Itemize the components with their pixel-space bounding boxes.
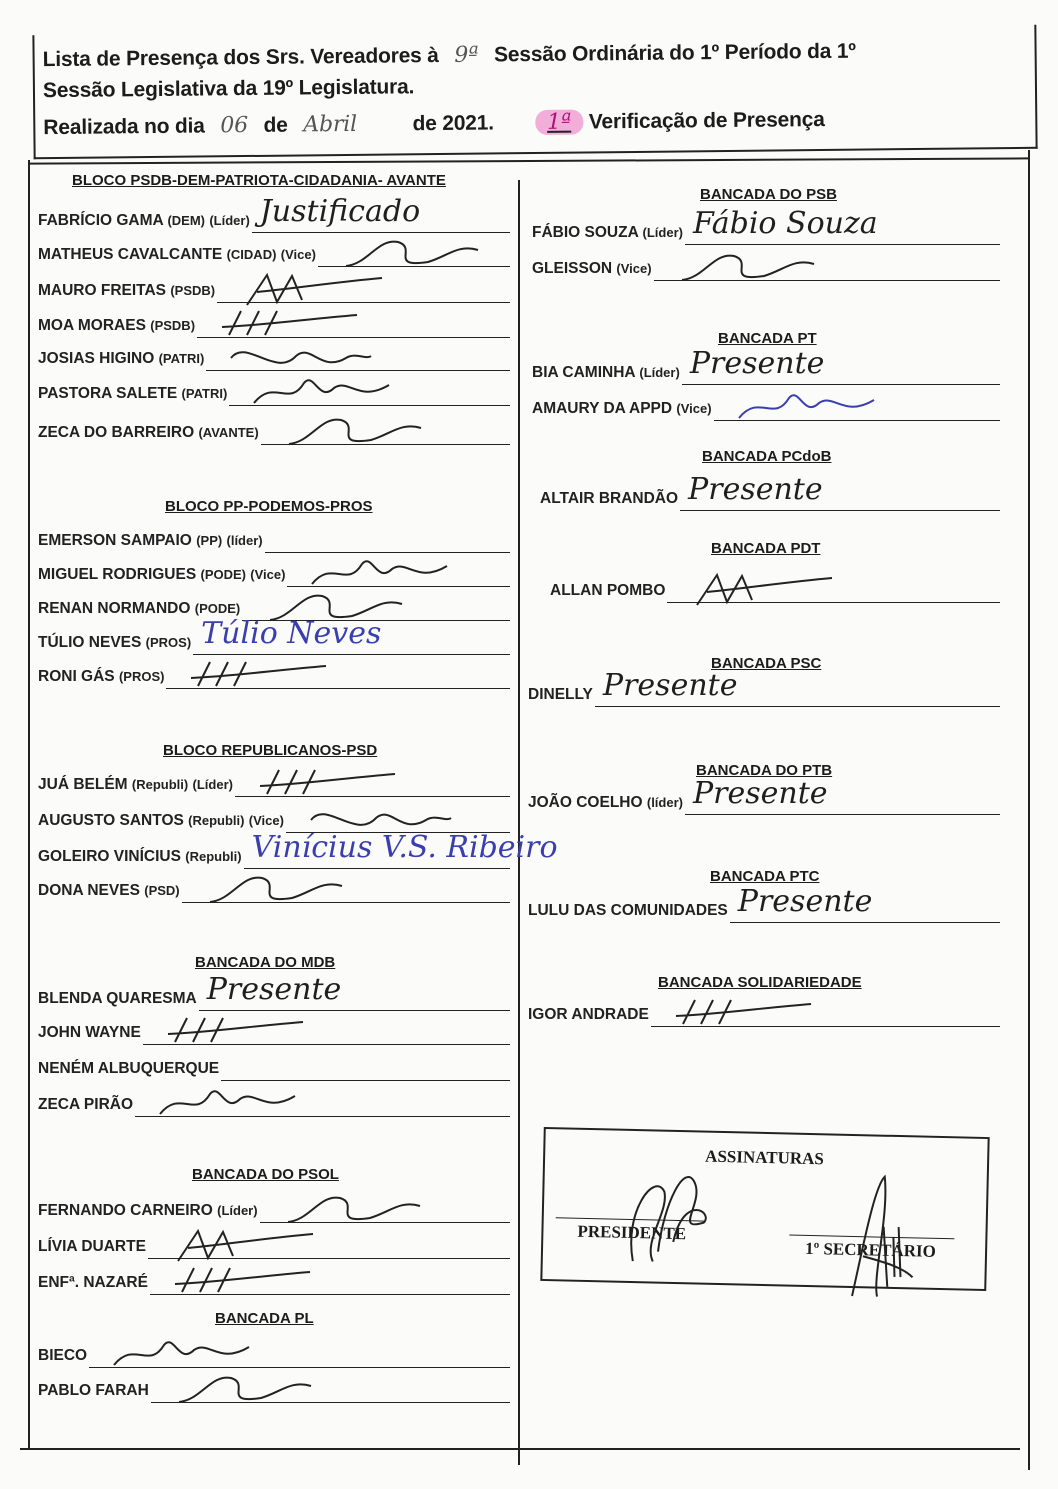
member-name: DINELLY bbox=[528, 686, 593, 703]
signatures-box: ASSINATURAS PRESIDENTE 1º SECRETÁRIO bbox=[540, 1127, 989, 1291]
group-title: BANCADA PDT bbox=[711, 540, 820, 557]
verification-number: 1ª bbox=[535, 109, 583, 135]
member-name: AMAURY DA APPD bbox=[532, 400, 672, 417]
signature-scribble-icon bbox=[671, 994, 821, 1034]
handwritten-signature: Presente bbox=[207, 972, 342, 1007]
member-party: (DEM) bbox=[167, 213, 205, 228]
member-row: MOA MORAES (PSDB) bbox=[38, 317, 195, 335]
signature-line[interactable] bbox=[682, 384, 1000, 385]
signature-line[interactable] bbox=[685, 244, 1000, 245]
member-party: (PROS) bbox=[146, 635, 192, 650]
member-row: ALTAIR BRANDÃO bbox=[540, 490, 678, 508]
member-name: JUÁ BELÉM bbox=[38, 776, 128, 793]
member-row: JUÁ BELÉM (Republi) (Líder) bbox=[38, 776, 233, 794]
handwritten-signature: Vinícius V.S. Ribeiro bbox=[252, 830, 558, 865]
member-role: (Líder) bbox=[209, 213, 249, 228]
handwritten-signature: Presente bbox=[688, 472, 823, 507]
attendance-sheet: Lista de Presença dos Srs. Vereadores à … bbox=[0, 0, 1058, 1489]
signature-scribble-icon bbox=[163, 1012, 313, 1052]
signature-line[interactable] bbox=[595, 706, 1000, 707]
signature-scribble-icon bbox=[338, 234, 488, 274]
member-name: ZECA DO BARREIRO bbox=[38, 424, 194, 441]
president-signature-icon bbox=[612, 1151, 725, 1283]
group-title: BANCADA PTC bbox=[710, 868, 819, 885]
member-name: RENAN NORMANDO bbox=[38, 600, 190, 617]
member-row: ENFª. NAZARÉ bbox=[38, 1274, 148, 1292]
handwritten-signature: Presente bbox=[738, 884, 873, 919]
signature-scribble-icon bbox=[674, 248, 824, 288]
member-name: MOA MORAES bbox=[38, 317, 146, 334]
signature-scribble-icon bbox=[687, 570, 837, 610]
signature-line[interactable] bbox=[265, 552, 510, 553]
member-role: (Líder) bbox=[643, 225, 683, 240]
member-name: JOHN WAYNE bbox=[38, 1024, 141, 1041]
member-name: BIA CAMINHA bbox=[532, 364, 635, 381]
signature-scribble-icon bbox=[202, 870, 352, 910]
member-name: DONA NEVES bbox=[38, 882, 140, 899]
member-name: RONI GÁS bbox=[38, 668, 115, 685]
handwritten-signature: Fábio Souza bbox=[693, 206, 878, 241]
column-divider bbox=[518, 180, 520, 1465]
group-title: BANCADA DO PSB bbox=[700, 186, 837, 203]
member-row: EMERSON SAMPAIO (PP) (líder) bbox=[38, 532, 263, 550]
member-row: FABRÍCIO GAMA (DEM) (Líder) bbox=[38, 212, 250, 230]
date-de: de bbox=[263, 114, 287, 137]
member-row: ALLAN POMBO bbox=[550, 582, 665, 600]
member-row: BIECO bbox=[38, 1347, 87, 1365]
handwritten-signature: Presente bbox=[603, 668, 738, 703]
signature-scribble-icon bbox=[281, 412, 431, 452]
member-party: (PROS) bbox=[119, 669, 165, 684]
member-party: (PSDB) bbox=[170, 283, 215, 298]
signature-line[interactable] bbox=[730, 922, 1000, 923]
member-party: (PATRI) bbox=[159, 351, 205, 366]
member-role: (Líder) bbox=[193, 777, 233, 792]
frame-border-top bbox=[28, 157, 1028, 164]
signature-line[interactable] bbox=[244, 868, 510, 869]
member-name: FERNANDO CARNEIRO bbox=[38, 1202, 213, 1219]
handwritten-signature: Justificado bbox=[260, 194, 420, 229]
member-row: MATHEUS CAVALCANTE (CIDAD) (Vice) bbox=[38, 246, 316, 264]
member-role: (Líder) bbox=[639, 365, 679, 380]
member-row: DONA NEVES (PSD) bbox=[38, 882, 180, 900]
signature-scribble-icon bbox=[255, 764, 405, 804]
member-name: MAURO FREITAS bbox=[38, 282, 166, 299]
member-row: RONI GÁS (PROS) bbox=[38, 668, 164, 686]
member-role: (líder) bbox=[647, 795, 683, 810]
member-row: ZECA DO BARREIRO (AVANTE) bbox=[38, 424, 259, 442]
signature-scribble-icon bbox=[280, 1190, 430, 1230]
member-name: BLENDA QUARESMA bbox=[38, 990, 197, 1007]
member-row: IGOR ANDRADE bbox=[528, 1006, 649, 1024]
member-name: GLEISSON bbox=[532, 260, 612, 277]
signature-scribble-icon bbox=[186, 656, 336, 696]
member-name: AUGUSTO SANTOS bbox=[38, 812, 184, 829]
member-party: (PODE) bbox=[200, 567, 246, 582]
member-row: ZECA PIRÃO bbox=[38, 1096, 133, 1114]
signature-line[interactable] bbox=[685, 814, 1000, 815]
member-party: (CIDAD) bbox=[227, 247, 277, 262]
member-row: GOLEIRO VINÍCIUS (Republi) bbox=[38, 848, 242, 866]
member-row: JOHN WAYNE bbox=[38, 1024, 141, 1042]
group-title: BANCADA SOLIDARIEDADE bbox=[658, 974, 862, 991]
signature-scribble-icon bbox=[226, 338, 376, 378]
signature-line[interactable] bbox=[199, 1010, 510, 1011]
handwritten-signature: Túlio Neves bbox=[201, 616, 381, 651]
member-name: LULU DAS COMUNIDADES bbox=[528, 902, 728, 919]
group-title: BANCADA DO MDB bbox=[195, 954, 335, 971]
session-number: 9ª bbox=[444, 42, 488, 67]
member-party: (Republi) bbox=[188, 813, 244, 828]
member-row: AUGUSTO SANTOS (Republi) (Vice) bbox=[38, 812, 284, 830]
signature-scribble-icon bbox=[155, 1084, 305, 1124]
signature-line[interactable] bbox=[252, 232, 510, 233]
verification-label: Verificação de Presença bbox=[589, 108, 825, 133]
member-name: BIECO bbox=[38, 1347, 87, 1364]
member-row: LÍVIA DUARTE bbox=[38, 1238, 146, 1256]
member-role: (Vice) bbox=[676, 401, 711, 416]
member-role: (Vice) bbox=[281, 247, 316, 262]
frame-border-left bbox=[28, 160, 30, 1448]
group-title: BANCADA DO PSOL bbox=[192, 1166, 339, 1183]
member-row: NENÉM ALBUQUERQUE bbox=[38, 1060, 219, 1078]
member-row: BLENDA QUARESMA bbox=[38, 990, 197, 1008]
member-row: MAURO FREITAS (PSDB) bbox=[38, 282, 215, 300]
member-row: FERNANDO CARNEIRO (Líder) bbox=[38, 1202, 258, 1220]
member-name: JOSIAS HIGINO bbox=[38, 350, 154, 367]
header-title-suffix: Sessão Ordinária do 1º Período da 1º bbox=[494, 40, 856, 67]
member-row: GLEISSON (Vice) bbox=[532, 260, 652, 278]
member-role: (Vice) bbox=[250, 567, 285, 582]
date-day: 06 bbox=[210, 113, 258, 138]
member-row: FÁBIO SOUZA (Líder) bbox=[532, 224, 683, 242]
member-row: PASTORA SALETE (PATRI) bbox=[38, 385, 227, 403]
member-row: LULU DAS COMUNIDADES bbox=[528, 902, 728, 920]
date-month: Abril bbox=[293, 111, 407, 137]
member-name: ALTAIR BRANDÃO bbox=[540, 490, 678, 507]
member-row: PABLO FARAH bbox=[38, 1382, 149, 1400]
member-name: ZECA PIRÃO bbox=[38, 1096, 133, 1113]
header-line-2: Sessão Legislativa da 19º Legislatura. bbox=[43, 75, 414, 103]
member-party: (Republi) bbox=[132, 777, 188, 792]
member-party: (PSD) bbox=[144, 883, 179, 898]
member-row: AMAURY DA APPD (Vice) bbox=[532, 400, 712, 418]
member-row: BIA CAMINHA (Líder) bbox=[532, 364, 680, 382]
member-party: (Republi) bbox=[185, 849, 241, 864]
group-title: BANCADA PCdoB bbox=[702, 448, 831, 465]
member-name: ENFª. NAZARÉ bbox=[38, 1274, 148, 1291]
signature-line[interactable] bbox=[680, 510, 1000, 511]
group-title: BLOCO PSDB-DEM-PATRIOTA-CIDADANIA- AVANT… bbox=[72, 172, 446, 189]
handwritten-signature: Presente bbox=[690, 346, 825, 381]
member-name: ALLAN POMBO bbox=[550, 582, 665, 599]
header-title-prefix: Lista de Presença dos Srs. Vereadores à bbox=[43, 44, 439, 71]
member-row: MIGUEL RODRIGUES (PODE) (Vice) bbox=[38, 566, 285, 584]
member-row: JOSIAS HIGINO (PATRI) bbox=[38, 350, 204, 368]
group-title: BANCADA PT bbox=[718, 330, 817, 347]
member-name: NENÉM ALBUQUERQUE bbox=[38, 1060, 219, 1077]
member-party: (PATRI) bbox=[182, 386, 228, 401]
handwritten-signature: Presente bbox=[693, 776, 828, 811]
header-line-3: Realizada no dia 06 de Abril de 2021. 1ª… bbox=[43, 107, 825, 140]
member-name: GOLEIRO VINÍCIUS bbox=[38, 848, 181, 865]
member-name: PABLO FARAH bbox=[38, 1382, 149, 1399]
member-name: MIGUEL RODRIGUES bbox=[38, 566, 196, 583]
group-title: BLOCO PP-PODEMOS-PROS bbox=[165, 498, 373, 515]
member-role: (Líder) bbox=[217, 1203, 257, 1218]
member-row: TÚLIO NEVES (PROS) bbox=[38, 634, 191, 652]
frame-border-bottom bbox=[20, 1448, 1020, 1450]
member-row: JOÃO COELHO (líder) bbox=[528, 794, 683, 812]
signature-line[interactable] bbox=[221, 1080, 510, 1081]
signature-line[interactable] bbox=[193, 654, 510, 655]
member-row: DINELLY bbox=[528, 686, 593, 704]
member-role: (Vice) bbox=[616, 261, 651, 276]
signature-scribble-icon bbox=[109, 1335, 259, 1375]
signature-scribble-icon bbox=[171, 1370, 321, 1410]
member-party: (PP) bbox=[196, 533, 222, 548]
group-title: BLOCO REPUBLICANOS-PSD bbox=[163, 742, 377, 759]
member-party: (PSDB) bbox=[150, 318, 195, 333]
member-name: MATHEUS CAVALCANTE bbox=[38, 246, 222, 263]
signature-scribble-icon bbox=[168, 1226, 318, 1266]
secretary-signature-icon bbox=[842, 1166, 925, 1308]
group-title: BANCADA PL bbox=[215, 1310, 314, 1327]
signature-scribble-icon bbox=[170, 1262, 320, 1302]
member-party: (PODE) bbox=[195, 601, 241, 616]
date-prefix: Realizada no dia bbox=[43, 114, 205, 139]
signature-scribble-icon bbox=[249, 373, 399, 413]
frame-border-right bbox=[1028, 150, 1030, 1470]
header-box: Lista de Presença dos Srs. Vereadores à … bbox=[32, 25, 1037, 160]
member-party: (AVANTE) bbox=[198, 425, 258, 440]
member-name: LÍVIA DUARTE bbox=[38, 1238, 146, 1255]
member-name: JOÃO COELHO bbox=[528, 794, 643, 811]
member-name: IGOR ANDRADE bbox=[528, 1006, 649, 1023]
member-name: FÁBIO SOUZA bbox=[532, 224, 638, 241]
signature-scribble-icon bbox=[237, 270, 387, 310]
member-role: (líder) bbox=[227, 533, 263, 548]
header-line-1: Lista de Presença dos Srs. Vereadores à … bbox=[43, 39, 856, 73]
signature-scribble-icon bbox=[734, 388, 884, 428]
member-name: PASTORA SALETE bbox=[38, 385, 177, 402]
member-name: TÚLIO NEVES bbox=[38, 634, 141, 651]
date-year: de 2021. bbox=[412, 111, 494, 135]
member-name: FABRÍCIO GAMA bbox=[38, 212, 163, 229]
member-name: EMERSON SAMPAIO bbox=[38, 532, 192, 549]
member-role: (Vice) bbox=[249, 813, 284, 828]
